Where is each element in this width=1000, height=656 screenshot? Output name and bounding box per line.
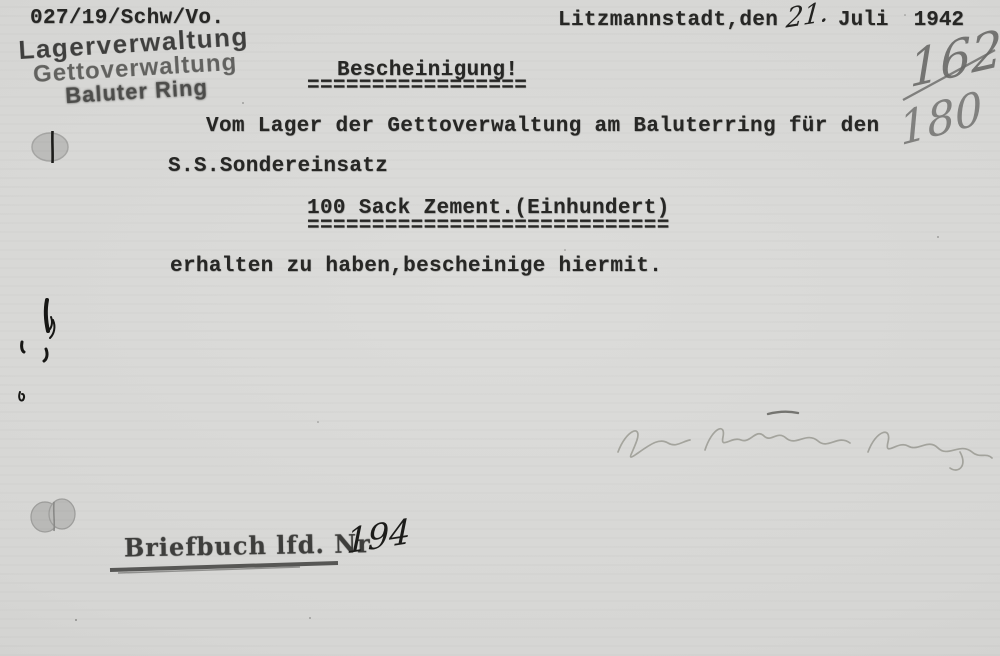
registry-stamp-label: Briefbuch lfd. Nr	[124, 531, 371, 561]
item-underline: ============================	[307, 216, 670, 237]
registry-number-handwritten: 194	[346, 515, 411, 560]
body-line1: Vom Lager der Gettoverwaltung am Baluter…	[206, 116, 880, 137]
registry-stamp-underline	[110, 563, 338, 573]
hole-punch-bottom	[31, 499, 75, 532]
margin-number-crossed-out: 162	[909, 23, 1000, 96]
document-page: 027/19/Schw/Vo. Litzmannstadt,den 21. Ju…	[0, 0, 1000, 656]
hole-punch-top	[32, 131, 68, 163]
body-line2: S.S.Sondereinsatz	[168, 156, 388, 177]
date-place: Litzmannstadt,den	[558, 10, 778, 31]
sender-stamp: Lagerverwaltung Gettoverwaltung Baluter …	[2, 22, 268, 110]
date-month-year: Juli 1942	[838, 10, 964, 31]
pencil-signature	[618, 412, 992, 470]
paper-specks	[75, 12, 939, 621]
handwritten-day: 21.	[785, 0, 830, 33]
title-underline: =================	[307, 76, 527, 97]
confirmation-line: erhalten zu haben,bescheinige hiermit.	[170, 256, 662, 277]
ink-blot-marks	[19, 300, 54, 401]
